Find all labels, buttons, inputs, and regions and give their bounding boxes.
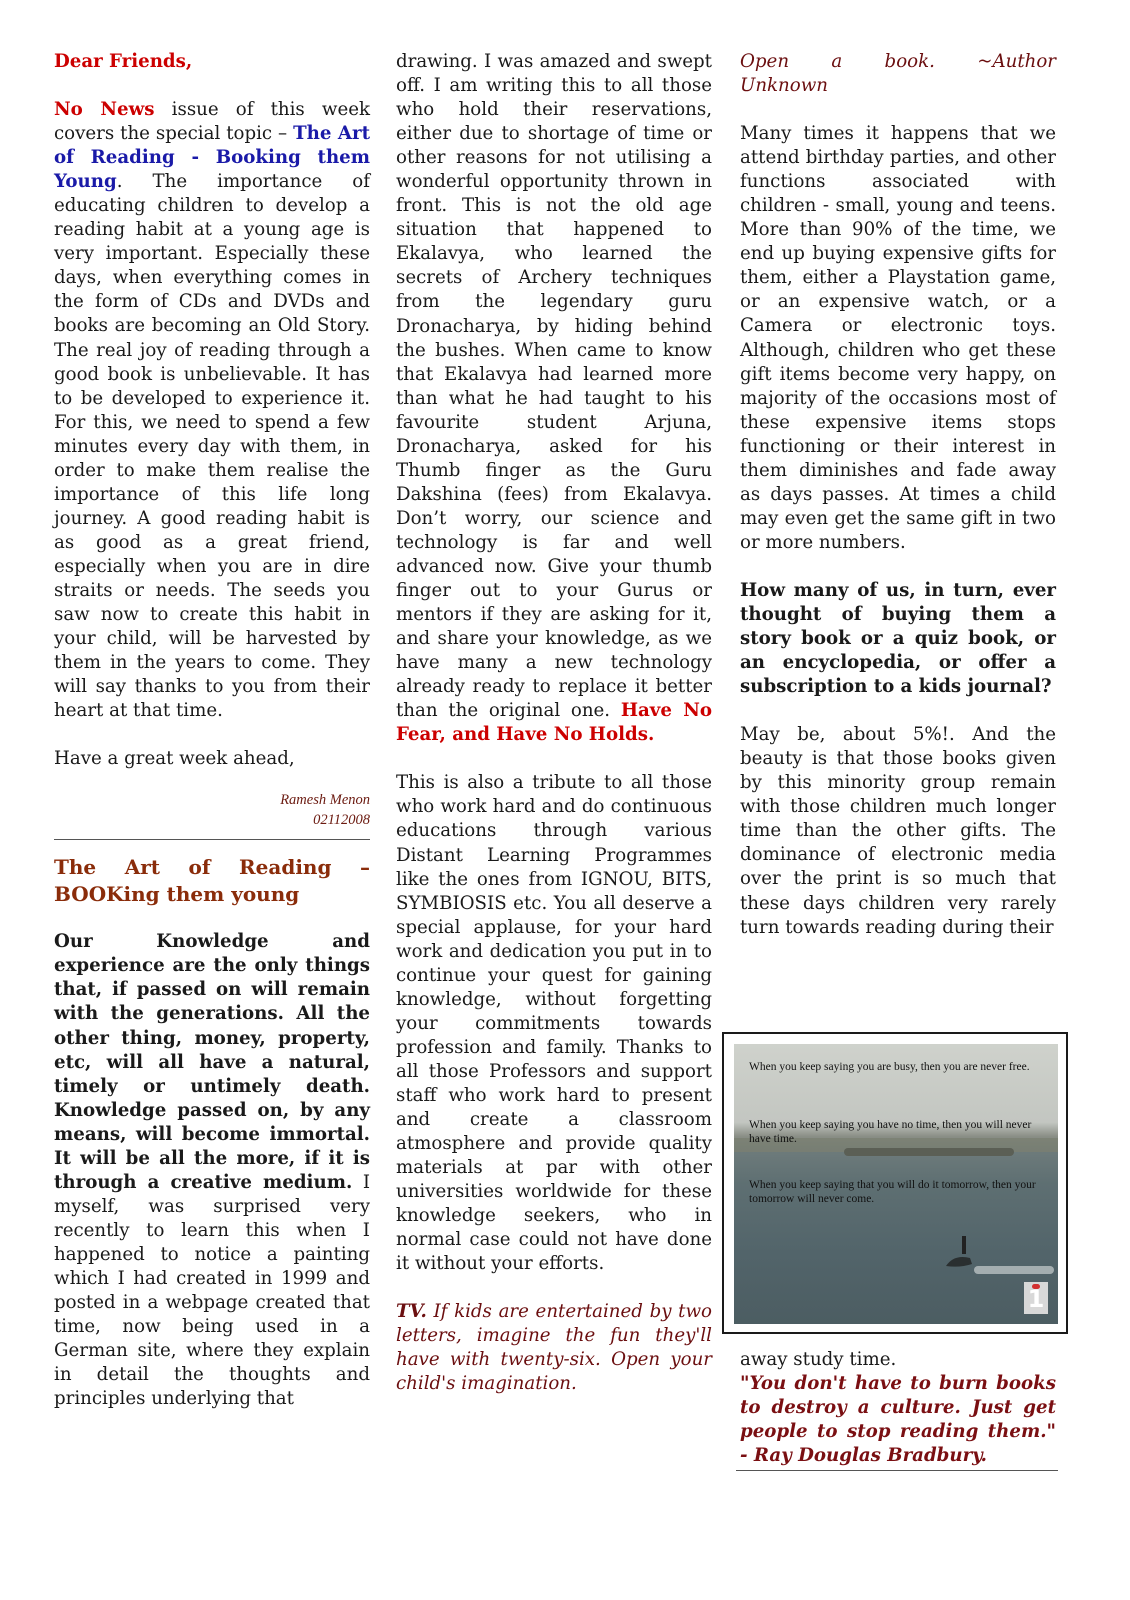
greeting: Dear Friends, (54, 50, 370, 74)
question-paragraph: How many of us, in turn, ever thought of… (740, 579, 1056, 699)
column-3: Open a book. ~Author Unknown Many times … (740, 50, 1056, 964)
quote-attribution: Open a book. ~Author Unknown (740, 50, 1056, 98)
signature: Ramesh Menon 02112008 (54, 789, 370, 831)
signature-date: 02112008 (54, 809, 370, 831)
closing-line: Have a great week ahead, (54, 747, 370, 771)
tribute-paragraph: This is also a tribute to all those who … (396, 771, 712, 1276)
tv-quote: TV. If kids are entertained by two lette… (396, 1300, 712, 1396)
column-1: Dear Friends, No News issue of this week… (54, 50, 370, 1435)
section-title: The Art of Reading – BOOKing them young (54, 854, 370, 908)
photo-quote-1: When you keep saying you are busy, then … (749, 1060, 1049, 1074)
books-paragraph: May be, about 5%!. And the beauty is tha… (740, 723, 1056, 939)
photo-quote-2: When you keep saying you have no time, t… (749, 1118, 1049, 1146)
article-body: Our Knowledge and experience are the onl… (54, 930, 370, 1411)
breakwater (844, 1148, 1014, 1156)
gifts-paragraph: Many times it happens that we attend bir… (740, 122, 1056, 555)
divider (54, 839, 370, 840)
column-2: drawing. I was amazed and swept off. I a… (396, 50, 712, 1421)
bottom-divider (736, 1470, 1058, 1471)
jetski-rider-icon (944, 1234, 974, 1270)
bradbury-quote: "You don't have to burn books to destroy… (740, 1372, 1056, 1468)
no-news-label: No News (54, 99, 155, 120)
books-paragraph-end: away study time. (740, 1348, 1056, 1372)
column-3-continued: away study time. "You don't have to burn… (740, 1348, 1056, 1471)
water-spray (974, 1266, 1054, 1274)
signature-name: Ramesh Menon (54, 789, 370, 811)
editorial-intro: No News issue of this week covers the sp… (54, 98, 370, 723)
quote-photo-frame: When you keep saying you are busy, then … (722, 1032, 1068, 1334)
article-continued: drawing. I was amazed and swept off. I a… (396, 50, 712, 747)
sea-photo: When you keep saying you are busy, then … (734, 1044, 1058, 1324)
photo-quote-3: When you keep saying that you will do it… (749, 1178, 1049, 1206)
logo-badge: 1 (1024, 1282, 1048, 1314)
